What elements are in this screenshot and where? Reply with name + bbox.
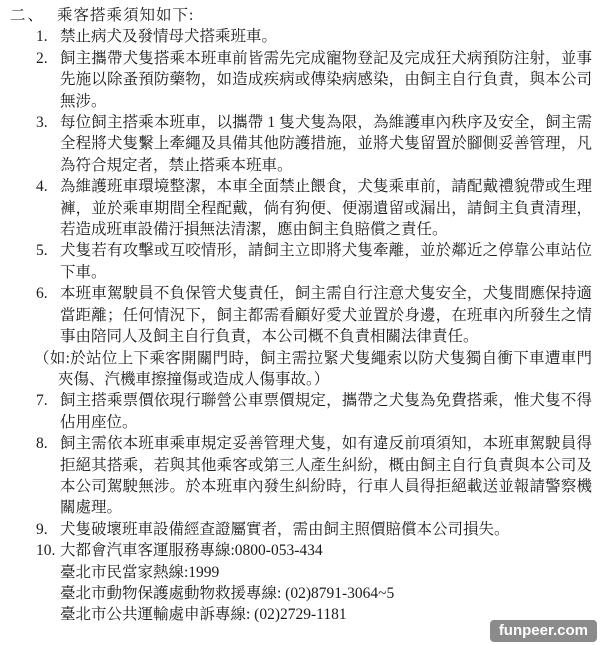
section-number: 二、 <box>10 7 45 24</box>
item-number: 1. <box>36 26 60 47</box>
watermark-badge: funpeer.com <box>490 620 597 642</box>
list-item: 9. 犬隻破壞班車設備經查證屬實者，需由飼主照價賠償本公司損失。 <box>10 519 592 540</box>
item-number: 7. <box>36 390 60 411</box>
list-item: 1. 禁止病犬及發情母犬搭乘班車。 <box>10 26 592 47</box>
item-text: 飼主攜帶犬隻搭乘本班車前皆需先完成寵物登記及完成狂犬病預防注射，並事先施以除蚤預… <box>60 48 592 112</box>
list-item: 3. 每位飼主搭乘本班車，以攜帶 1 隻犬隻為限，為維護車內秩序及安全，飼主需全… <box>10 112 592 176</box>
item-number: 9. <box>36 519 60 540</box>
item-note: （如:於站位上下乘客開關門時，飼主需拉緊犬隻繩索以防犬隻獨自衝下車遭車門夾傷、汽… <box>34 348 592 391</box>
section-header: 二、乘客搭乘須知如下: <box>10 5 592 26</box>
item-number: 3. <box>36 112 60 133</box>
item-text: 每位飼主搭乘本班車，以攜帶 1 隻犬隻為限，為維護車內秩序及安全，飼主需全程將犬… <box>60 112 592 176</box>
citizen-hotline: 臺北市民當家熱線:1999 <box>60 562 592 583</box>
item-text: 飼主搭乘票價依現行聯營公車票價規定，攜帶之犬隻為免費搭乘，惟犬隻不得佔用座位。 <box>60 390 592 433</box>
item-number: 4. <box>36 176 60 197</box>
item-text: 禁止病犬及發情母犬搭乘班車。 <box>60 26 592 47</box>
list-item: 10. 大都會汽車客運服務專線:0800-053-434 臺北市民當家熱線:19… <box>10 540 592 626</box>
item-number: 2. <box>36 48 60 69</box>
list-item: 8. 飼主需依本班車乘車規定妥善管理犬隻，如有違反前項須知，本班車駕駛員得拒絕其… <box>10 433 592 519</box>
item-number: 5. <box>36 240 60 261</box>
item-text: 犬隻若有攻擊或互咬情形，請飼主立即將犬隻牽離，並於鄰近之停靠公車站位下車。 <box>60 240 592 283</box>
section-title: 乘客搭乘須知如下: <box>57 7 194 24</box>
item-text: 本班車駕駛員不負保管犬隻責任，飼主需自行注意犬隻安全，犬隻間應保持適當距離；任何… <box>60 283 592 347</box>
item-number: 10. <box>36 540 60 561</box>
list-item: 4. 為維護班車環境整潔，本車全面禁止餵食，犬隻乘車前，請配戴禮貌帶或生理褲，並… <box>10 176 592 240</box>
list-item: 2. 飼主攜帶犬隻搭乘本班車前皆需先完成寵物登記及完成狂犬病預防注射，並事先施以… <box>10 48 592 112</box>
notice-document: 二、乘客搭乘須知如下: 1. 禁止病犬及發情母犬搭乘班車。 2. 飼主攜帶犬隻搭… <box>0 0 600 626</box>
item-text-group: 大都會汽車客運服務專線:0800-053-434 臺北市民當家熱線:1999 臺… <box>60 540 592 626</box>
service-hotline: 大都會汽車客運服務專線:0800-053-434 <box>60 540 592 561</box>
list-item: 7. 飼主搭乘票價依現行聯營公車票價規定，攜帶之犬隻為免費搭乘，惟犬隻不得佔用座… <box>10 390 592 433</box>
animal-rescue-hotline: 臺北市動物保護處動物救援專線: (02)8791-3064~5 <box>60 583 592 604</box>
list-item: 5. 犬隻若有攻擊或互咬情形，請飼主立即將犬隻牽離，並於鄰近之停靠公車站位下車。 <box>10 240 592 283</box>
item-text: 飼主需依本班車乘車規定妥善管理犬隻，如有違反前項須知，本班車駕駛員得拒絕其搭乘，… <box>60 433 592 519</box>
item-text: 為維護班車環境整潔，本車全面禁止餵食，犬隻乘車前，請配戴禮貌帶或生理褲，並於乘車… <box>60 176 592 240</box>
item-number: 8. <box>36 433 60 454</box>
item-number: 6. <box>36 283 60 304</box>
item-text: 犬隻破壞班車設備經查證屬實者，需由飼主照價賠償本公司損失。 <box>60 519 592 540</box>
list-item: 6. 本班車駕駛員不負保管犬隻責任，飼主需自行注意犬隻安全，犬隻間應保持適當距離… <box>10 283 592 347</box>
